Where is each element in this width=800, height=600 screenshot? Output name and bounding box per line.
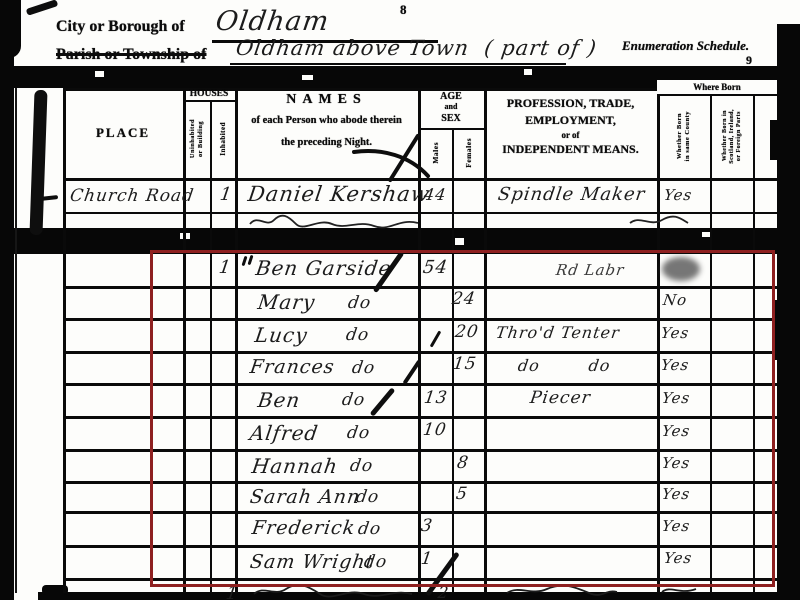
scan-speck [302,75,313,80]
born-same-county-line: Whether Born [676,113,683,159]
column-header-uninhabited: Uninhabited or Building [184,102,209,176]
inhabited-label-line: Inhabited [219,122,227,156]
column-header-females: Females [453,130,483,176]
census-scan-page: 8 City or Borough of Oldham Parish or To… [0,0,800,600]
where-born-label: Where Born [693,82,741,92]
scan-speck [455,238,464,245]
city-borough-value: Oldham [214,8,331,35]
page-number-top: 8 [400,2,407,18]
scan-speck [95,71,104,77]
entry-occupation: Spindle Maker [497,186,647,204]
profession-header-line: INDEPENDENT MEANS. [484,142,657,156]
scan-right-edge [777,24,800,600]
entry-inhabited: 1 [225,585,240,600]
column-header-where-born: Where Born [657,80,777,94]
scan-smear-bar [29,90,47,235]
born-elsewhere-line: Scotland, Ireland, [729,109,735,164]
grid-line [15,88,17,593]
age-sex-header-line: SEX [418,112,484,124]
city-borough-label: City or Borough of [56,18,185,36]
age-sex-header-line: and [418,101,484,112]
profession-header-line: EMPLOYMENT, [484,113,657,127]
column-header-born-elsewhere: Whether Born in Scotland, Ireland, or Fo… [711,96,752,176]
illegible-handwriting [248,212,423,230]
born-elsewhere-line: Whether Born in [722,110,728,161]
column-header-houses: HOUSES [183,88,235,100]
pen-mark [40,195,58,201]
pen-mark [26,0,59,16]
entry-inhabited: 1 [219,186,234,204]
column-header-place: PLACE [63,88,183,178]
born-same-county-line: in same County [684,111,691,161]
illegible-handwriting [628,213,690,228]
parish-township-value: Oldham above Town ( part of ) [235,38,599,59]
born-elsewhere-line: or Foreign Parts [736,111,742,161]
parish-township-label: Parish or Township of [56,46,206,64]
entry-age-male: 2 [437,585,450,600]
uninhabited-label-line: Uninhabited [189,119,196,158]
uninhabited-label-line: or Building [197,121,204,157]
scan-speck [702,232,710,237]
scan-noise [770,120,777,160]
females-label: Females [464,138,473,168]
column-header-inhabited: Inhabited [211,102,234,176]
entry-place: Church Road [69,188,195,205]
names-subheader-1: of each Person who abode therein [235,113,418,127]
fill-in-rule [230,63,566,65]
entry-age-male: 44 [423,187,448,203]
profession-header-line: PROFESSION, TRADE, [484,96,657,110]
page-number-side: 9 [746,53,752,68]
profession-header-line: or of [484,129,657,141]
column-header-names: NAMES [235,92,418,108]
entry-name: Daniel Kershaw [247,184,432,205]
column-header-born-same-county: Whether Born in same County [658,96,709,176]
pen-flourish [352,146,432,180]
entry-born-in-county: Yes [663,188,693,203]
scan-corner-blob [0,0,21,58]
highlight-box [150,250,775,587]
scan-speck [524,69,532,75]
enumeration-schedule-label: Enumeration Schedule. [622,38,749,54]
scan-left-edge [0,0,14,600]
